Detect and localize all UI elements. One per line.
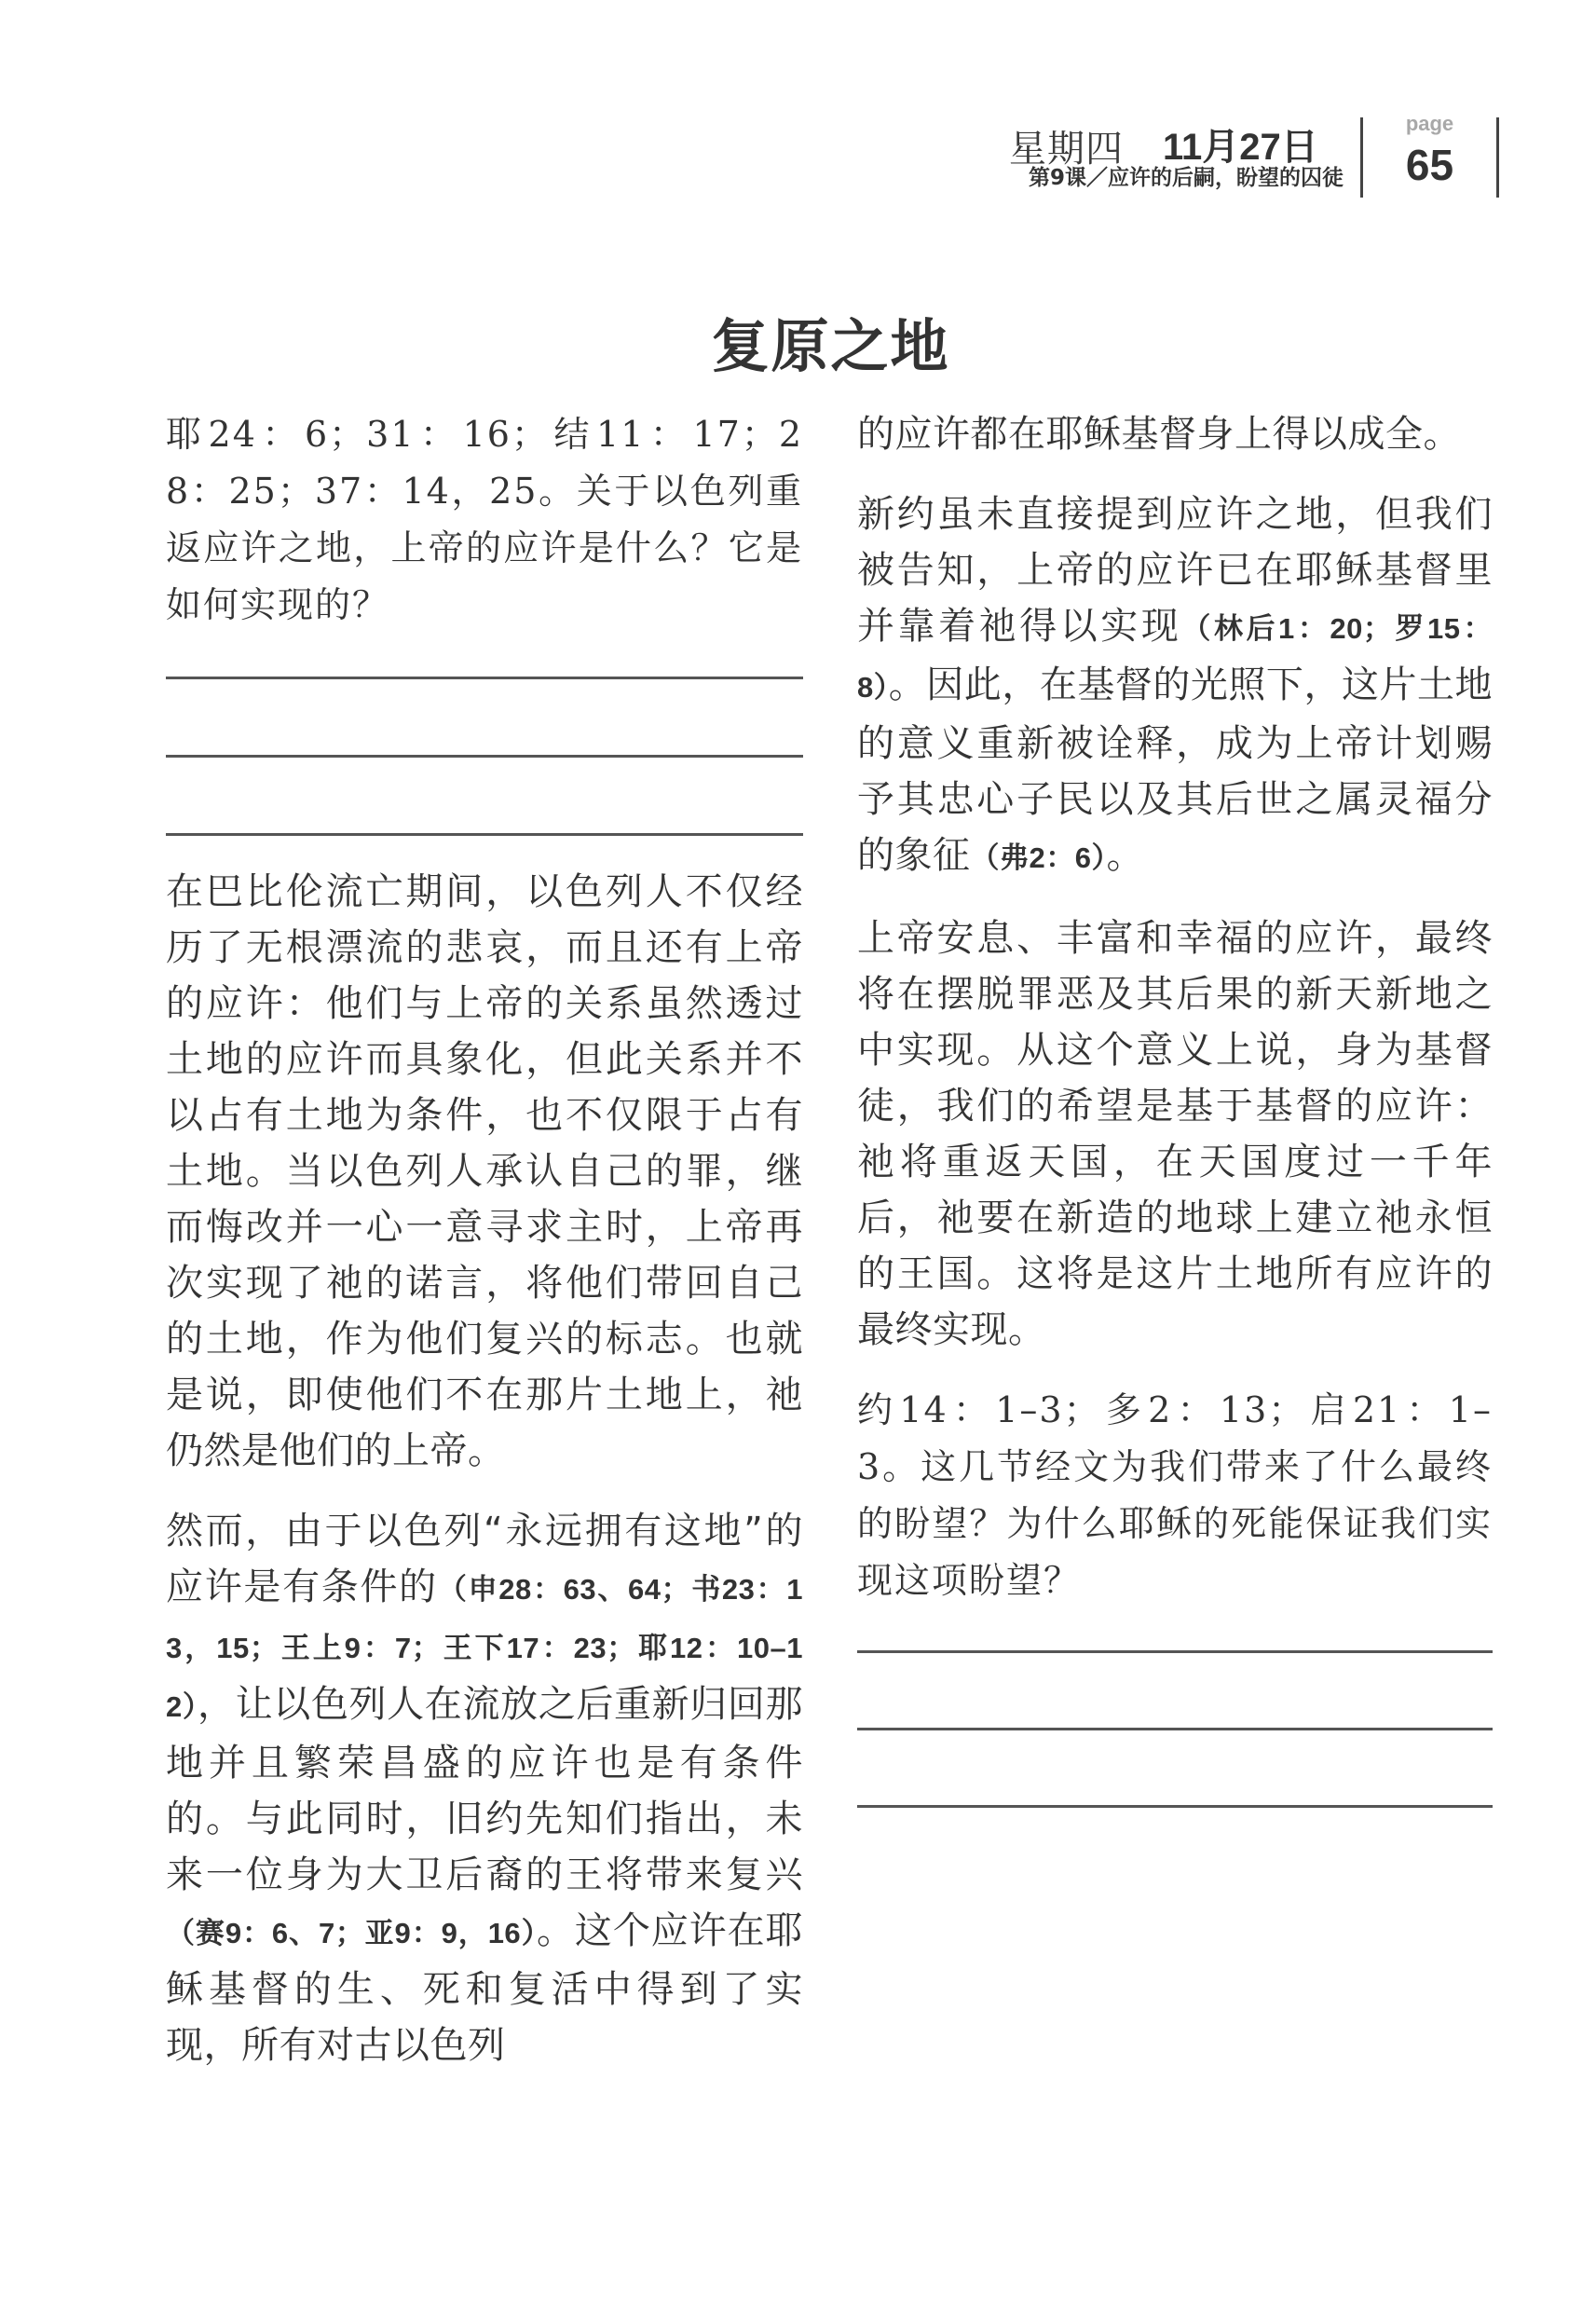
answer-line[interactable] [857, 1805, 1493, 1808]
paragraph-text: ，让以色列人在流放之后重新归回那地并且繁荣昌盛的应许也是有条件的。与此同时，旧约… [166, 1683, 803, 1896]
answer-line[interactable] [166, 677, 803, 679]
header-divider-right [1496, 117, 1499, 198]
answer-line[interactable] [857, 1728, 1493, 1730]
study-question-2: 约14：1–3；多2：13；启21：1–3。这几节经文为我们带来了什么最终的盼望… [857, 1382, 1493, 1609]
paragraph-exile: 在巴比伦流亡期间，以色列人不仅经历了无根漂流的悲哀，而且还有上帝的应许：他们与上… [166, 864, 803, 1479]
page-title: 复原之地 [0, 300, 1596, 383]
paragraph-final-hope: 上帝安息、丰富和幸福的应许，最终将在摆脱罪恶及其后果的新天新地之中实现。从这个意… [857, 910, 1493, 1358]
paragraph-conditional-promise: 然而，由于以色列“永远拥有这地”的应许是有条件的（申28：63、64；书23：1… [166, 1503, 803, 2073]
answer-line[interactable] [166, 755, 803, 758]
scripture-reference: （弗2：6） [971, 841, 1107, 874]
paragraph-fulfilled-in-christ: 的应许都在耶稣基督身上得以成全。 [857, 406, 1493, 462]
left-column: 耶24：6；31：16；结11：17；28：25；37：14，25。关于以色列重… [166, 406, 803, 2098]
answer-lines-1[interactable] [166, 634, 803, 836]
scripture-reference: （赛9：6、7；亚9：9，16） [166, 1917, 537, 1949]
study-question-1: 耶24：6；31：16；结11：17；28：25；37：14，25。关于以色列重… [166, 406, 803, 634]
answer-line[interactable] [857, 1650, 1493, 1653]
paragraph-text: 。因此，在基督的光照下，这片土地的意义重新被诠释，成为上帝计划赐予其忠心子民以及… [857, 663, 1493, 877]
header-lesson-title: 第9课／应许的后嗣，盼望的囚徒 [997, 160, 1344, 191]
paragraph-text: 。 [1106, 834, 1144, 877]
paragraph-new-testament: 新约虽未直接提到应许之地，但我们被告知，上帝的应许已在耶稣基督里并靠着祂得以实现… [857, 486, 1493, 886]
right-column: 的应许都在耶稣基督身上得以成全。 新约虽未直接提到应许之地，但我们被告知，上帝的… [857, 406, 1493, 1808]
page-number: 65 [1363, 140, 1496, 190]
page-label: page [1363, 112, 1496, 136]
answer-line[interactable] [166, 833, 803, 836]
answer-lines-2[interactable] [857, 1609, 1493, 1808]
